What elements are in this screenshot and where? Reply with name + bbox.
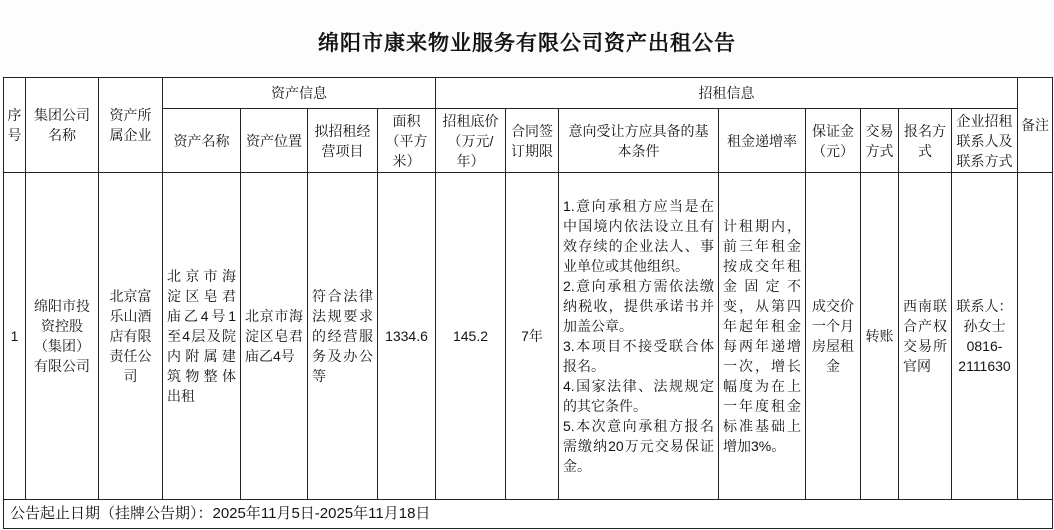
table-row: 1 绵阳市投资控股（集团）有限公司 北京富乐山酒店有限责任公司 北京市海淀区皂君… xyxy=(4,173,1053,500)
header-rent-increase: 租金递增率 xyxy=(719,109,806,173)
header-base-price: 招租底价（万元/年） xyxy=(436,109,506,173)
header-deposit: 保证金（元） xyxy=(806,109,861,173)
cell-asset-location: 北京市海淀区皂君庙乙4号 xyxy=(241,173,308,500)
cell-base-price: 145.2 xyxy=(436,173,506,500)
cell-planned-business: 符合法律法规要求的经营服务及办公等 xyxy=(308,173,378,500)
cell-asset-name: 北京市海淀区皂君庙乙4号1至4层及院内附属建筑物整体出租 xyxy=(163,173,241,500)
header-seq: 序号 xyxy=(4,78,26,173)
cell-contract-term: 7年 xyxy=(506,173,559,500)
announcement-table: 序号 集团公司名称 资产所属企业 资产信息 招租信息 备注 资产名称 资产位置 … xyxy=(3,77,1053,529)
cell-remarks xyxy=(1018,173,1053,500)
footer-announcement-period: 公告起止日期（挂牌公告期）：2025年11月5日-2025年11月18日 xyxy=(4,500,1053,529)
page-title: 绵阳市康来物业服务有限公司资产出租公告 xyxy=(0,0,1054,77)
header-planned-business: 拟招租经营项目 xyxy=(308,109,378,173)
cell-area: 1334.6 xyxy=(378,173,436,500)
cell-transaction-method: 转账 xyxy=(861,173,899,500)
cell-contact: 联系人： 孙女士 0816- 2111630 xyxy=(952,173,1018,500)
header-asset-owner: 资产所属企业 xyxy=(99,78,163,173)
cell-rent-increase: 计租期内，前三年租金按成交年租金固定不变，从第四年起年租金每两年递增一次，增长幅… xyxy=(719,173,806,500)
cell-seq: 1 xyxy=(4,173,26,500)
cell-deposit: 成交价一个月房屋租金 xyxy=(806,173,861,500)
cell-group-company: 绵阳市投资控股（集团）有限公司 xyxy=(26,173,99,500)
header-registration-method: 报名方式 xyxy=(899,109,952,173)
header-asset-location: 资产位置 xyxy=(241,109,308,173)
header-contract-term: 合同签订期限 xyxy=(506,109,559,173)
cell-conditions: 1.意向承租方应当是在中国境内依法设立且有效存续的企业法人、事业单位或其他组织。… xyxy=(559,173,719,500)
header-group-company: 集团公司名称 xyxy=(26,78,99,173)
header-transaction-method: 交易方式 xyxy=(861,109,899,173)
header-asset-name: 资产名称 xyxy=(163,109,241,173)
cell-asset-owner: 北京富乐山酒店有限责任公司 xyxy=(99,173,163,500)
header-area: 面积（平方米） xyxy=(378,109,436,173)
header-rental-info-group: 招租信息 xyxy=(436,78,1018,109)
header-remarks: 备注 xyxy=(1018,78,1053,173)
header-conditions: 意向受让方应具备的基本条件 xyxy=(559,109,719,173)
header-contact: 企业招租联系人及联系方式 xyxy=(952,109,1018,173)
cell-registration-method: 西南联合产权交易所官网 xyxy=(899,173,952,500)
header-asset-info-group: 资产信息 xyxy=(163,78,436,109)
